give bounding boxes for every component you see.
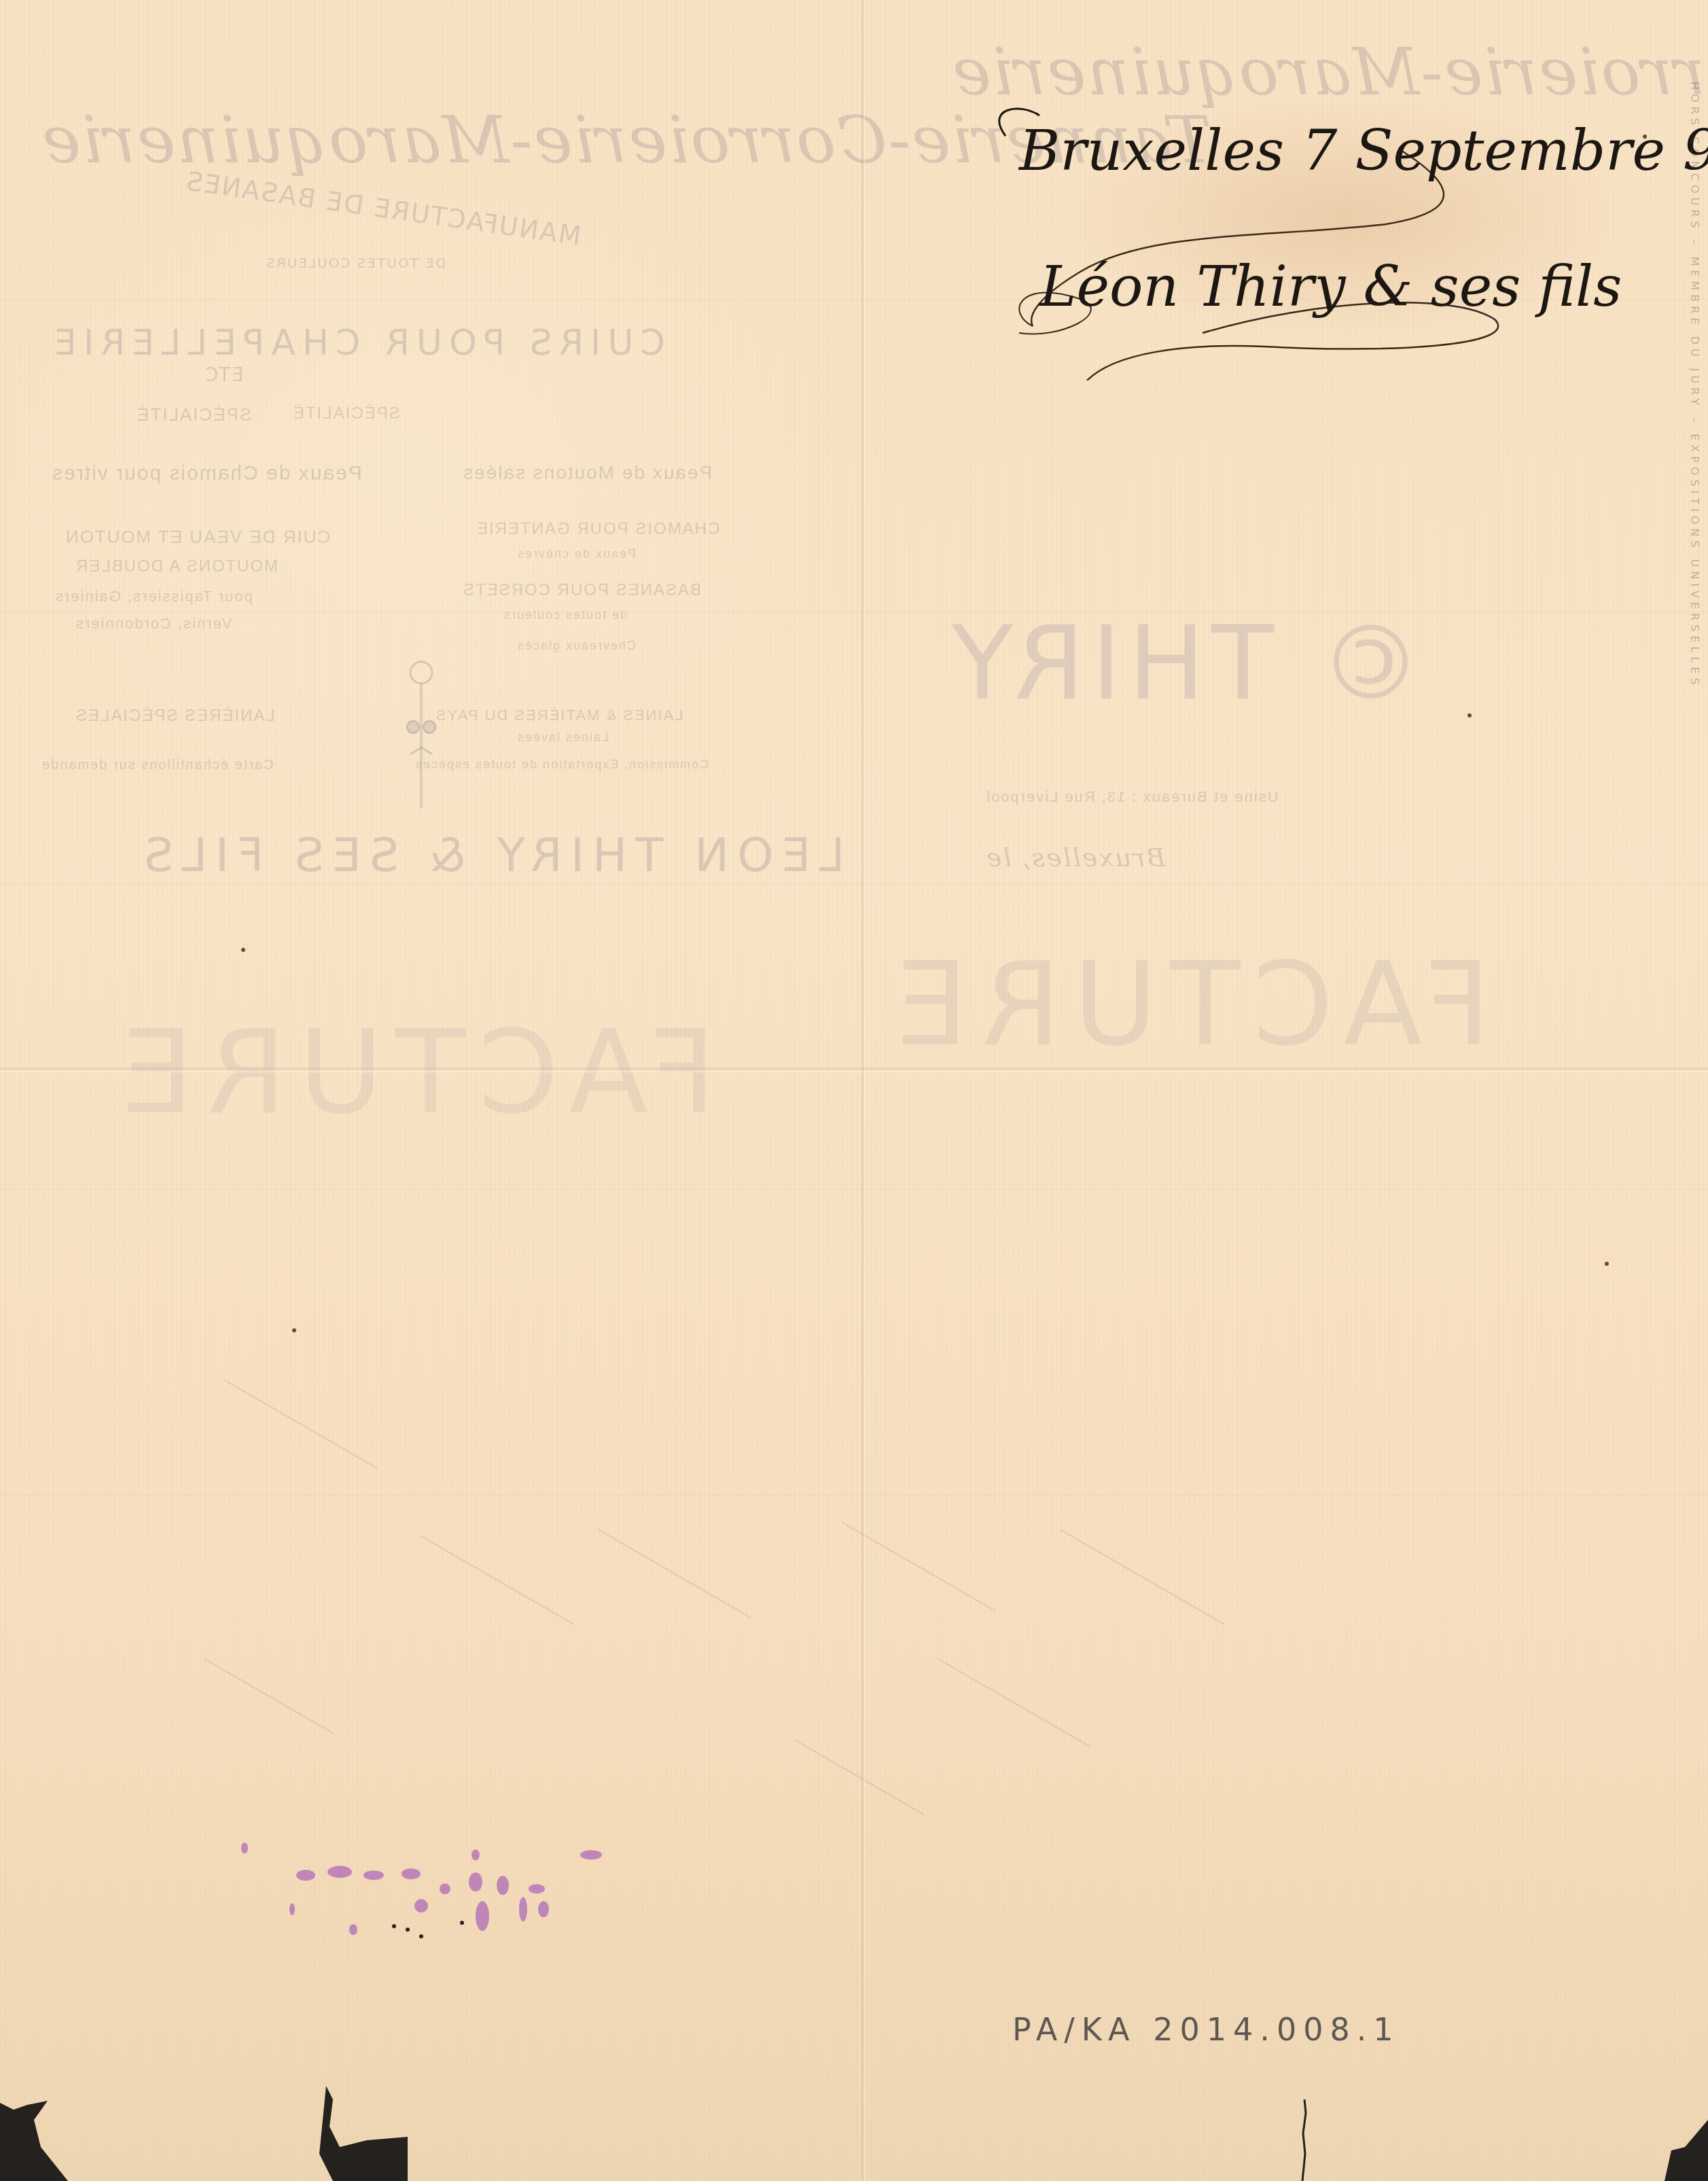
torn-corner-icon	[1617, 2120, 1708, 2181]
ghost-col-right-item: CHAMOIS POUR GANTERIE	[476, 520, 719, 539]
faint-stroke	[938, 1658, 1091, 1748]
torn-corner-icon	[0, 2072, 408, 2181]
ghost-col-left-item: pour Tapissiers, Gainiers	[54, 588, 253, 605]
ghost-main-line: CUIRS POUR CHAPELLERIE	[48, 323, 665, 363]
speck	[1605, 1262, 1609, 1266]
ghost-place-line: Bruxelles, le	[985, 843, 1166, 872]
ghost-fleur-ornament-icon	[394, 652, 448, 815]
vertical-fold	[861, 0, 866, 2181]
ghost-col-right-item: de toutes couleurs	[503, 608, 627, 622]
handwritten-place-date: Bruxelles 7 Septembre 96	[1019, 119, 1708, 183]
ghost-col-left-item: MOUTONS A DOUBLER	[75, 557, 278, 576]
ruled-line	[0, 1189, 1708, 1190]
speck	[292, 1328, 296, 1332]
ghost-col-left-item: CUIR DE VEAU ET MOUTON	[65, 527, 330, 548]
speck	[1467, 713, 1472, 717]
document-sheet: Tannerie-Corroierie-Maroquinerie MANUFAC…	[0, 0, 1708, 2181]
ruled-line	[0, 611, 1708, 612]
ghost-col-right-item: BASANES POUR CORSETS	[462, 581, 701, 600]
ghost-col-left-item: Carte échantillons sur demande	[41, 758, 273, 773]
ghost-col-left-item: Peaux de Chamois pour vitres	[51, 462, 362, 485]
ghost-col-right-item: LAINES & MATIÈRES DU PAYS	[435, 707, 683, 724]
faint-stroke	[204, 1658, 334, 1734]
ghost-col-right-item: Peaux de chèvres	[516, 547, 636, 561]
ghost-logo: © THIRY	[944, 605, 1422, 723]
speck	[1643, 135, 1647, 139]
catalog-number: PA/KA 2014.008.1	[1012, 2011, 1400, 2048]
ghost-col-right-item: SPÉCIALITÉ	[292, 404, 400, 423]
ghost-col-right-item: Chevreaux glacés	[516, 639, 636, 653]
ghost-etc: ETC	[204, 363, 244, 386]
ruled-line	[0, 1495, 1708, 1495]
purple-stamp-icon	[204, 1834, 652, 1943]
ghost-col-left-item: Vernis, Cordonniers	[75, 615, 232, 633]
ghost-col-right-item: Commission, Exportation de toutes espèce…	[414, 758, 709, 772]
ghost-arc-line: MANUFACTURE DE BASANES	[183, 166, 583, 251]
horizontal-fold	[0, 1067, 1708, 1074]
handwritten-addressee: Léon Thiry & ses fils	[1039, 255, 1622, 319]
ghost-address-line: Usine et Bureaux : 13, Rue Liverpool	[985, 788, 1279, 806]
speck	[241, 948, 245, 952]
ghost-col-left-item: SPÉCIALITÉ	[136, 404, 251, 425]
ghost-sub-line: DE TOUTES COULEURS	[265, 255, 446, 271]
ghost-col-left-item: LANIÈRES SPÉCIALES	[75, 707, 275, 726]
tear-line-icon	[1298, 2099, 1311, 2181]
ghost-col-right-item: Peaux de Moutons salées	[462, 462, 712, 484]
faint-stroke	[795, 1739, 925, 1815]
ghost-col-right-item: Laines lavées	[516, 730, 609, 745]
ghost-big-word: FACTURE	[883, 938, 1491, 1072]
faint-stroke	[421, 1536, 575, 1625]
faint-stroke	[598, 1529, 751, 1618]
edge-text: HORS CONCOURS – MEMBRE DU JURY – EXPOSIT…	[1688, 82, 1701, 1916]
faint-stroke	[224, 1379, 378, 1469]
faint-stroke	[1060, 1529, 1225, 1625]
ruled-line	[0, 883, 1708, 884]
ghost-firm-name: LEON THIRY & SES FILS	[136, 829, 844, 883]
